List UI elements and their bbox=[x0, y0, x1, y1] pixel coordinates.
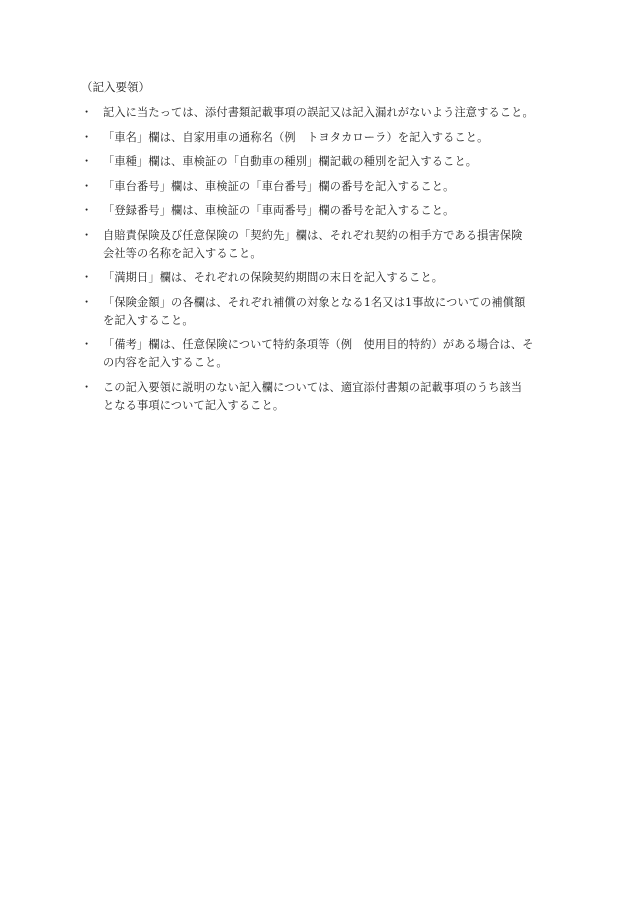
bullet-icon: ・ bbox=[81, 294, 93, 312]
section-heading: （記入要領） bbox=[81, 79, 150, 95]
list-item-text: 「備考」欄は、任意保険について特約条項等（例 使用目的特約）がある場合は、そ の… bbox=[103, 336, 561, 372]
bullet-icon: ・ bbox=[81, 336, 93, 354]
list-item: ・ 「登録番号」欄は、車検証の「車両番号」欄の番号を記入すること。 bbox=[81, 202, 561, 220]
list-item: ・ 「満期日」欄は、それぞれの保険契約期間の末日を記入すること。 bbox=[81, 269, 561, 287]
bullet-icon: ・ bbox=[81, 129, 93, 147]
list-item-text: 「車名」欄は、自家用車の通称名（例 トヨタカローラ）を記入すること。 bbox=[103, 129, 561, 147]
list-item: ・ 自賠責保険及び任意保険の「契約先」欄は、それぞれ契約の相手方である損害保険 … bbox=[81, 227, 561, 263]
bullet-icon: ・ bbox=[81, 178, 93, 196]
instruction-list: ・ 記入に当たっては、添付書類記載事項の誤記又は記入漏れがないよう注意すること。… bbox=[81, 104, 561, 421]
bullet-icon: ・ bbox=[81, 202, 93, 220]
list-item: ・ 記入に当たっては、添付書類記載事項の誤記又は記入漏れがないよう注意すること。 bbox=[81, 104, 561, 122]
list-item-text: この記入要領に説明のない記入欄については、適宜添付書類の記載事項のうち該当 とな… bbox=[103, 379, 561, 415]
list-item: ・ 「車名」欄は、自家用車の通称名（例 トヨタカローラ）を記入すること。 bbox=[81, 129, 561, 147]
bullet-icon: ・ bbox=[81, 227, 93, 245]
list-item: ・ 「車台番号」欄は、車検証の「車台番号」欄の番号を記入すること。 bbox=[81, 178, 561, 196]
list-item-text: 記入に当たっては、添付書類記載事項の誤記又は記入漏れがないよう注意すること。 bbox=[103, 104, 561, 122]
list-item: ・ この記入要領に説明のない記入欄については、適宜添付書類の記載事項のうち該当 … bbox=[81, 379, 561, 415]
list-item-text: 自賠責保険及び任意保険の「契約先」欄は、それぞれ契約の相手方である損害保険 会社… bbox=[103, 227, 561, 263]
bullet-icon: ・ bbox=[81, 269, 93, 287]
list-item-text: 「保険金額」の各欄は、それぞれ補償の対象となる1名又は1事故についての補償額 を… bbox=[103, 294, 561, 330]
list-item: ・ 「備考」欄は、任意保険について特約条項等（例 使用目的特約）がある場合は、そ… bbox=[81, 336, 561, 372]
list-item-text: 「車種」欄は、車検証の「自動車の種別」欄記載の種別を記入すること。 bbox=[103, 153, 561, 171]
list-item-text: 「車台番号」欄は、車検証の「車台番号」欄の番号を記入すること。 bbox=[103, 178, 561, 196]
bullet-icon: ・ bbox=[81, 104, 93, 122]
list-item: ・ 「保険金額」の各欄は、それぞれ補償の対象となる1名又は1事故についての補償額… bbox=[81, 294, 561, 330]
document-page: （記入要領） ・ 記入に当たっては、添付書類記載事項の誤記又は記入漏れがないよう… bbox=[0, 0, 630, 903]
list-item-text: 「登録番号」欄は、車検証の「車両番号」欄の番号を記入すること。 bbox=[103, 202, 561, 220]
list-item-text: 「満期日」欄は、それぞれの保険契約期間の末日を記入すること。 bbox=[103, 269, 561, 287]
bullet-icon: ・ bbox=[81, 379, 93, 397]
bullet-icon: ・ bbox=[81, 153, 93, 171]
list-item: ・ 「車種」欄は、車検証の「自動車の種別」欄記載の種別を記入すること。 bbox=[81, 153, 561, 171]
